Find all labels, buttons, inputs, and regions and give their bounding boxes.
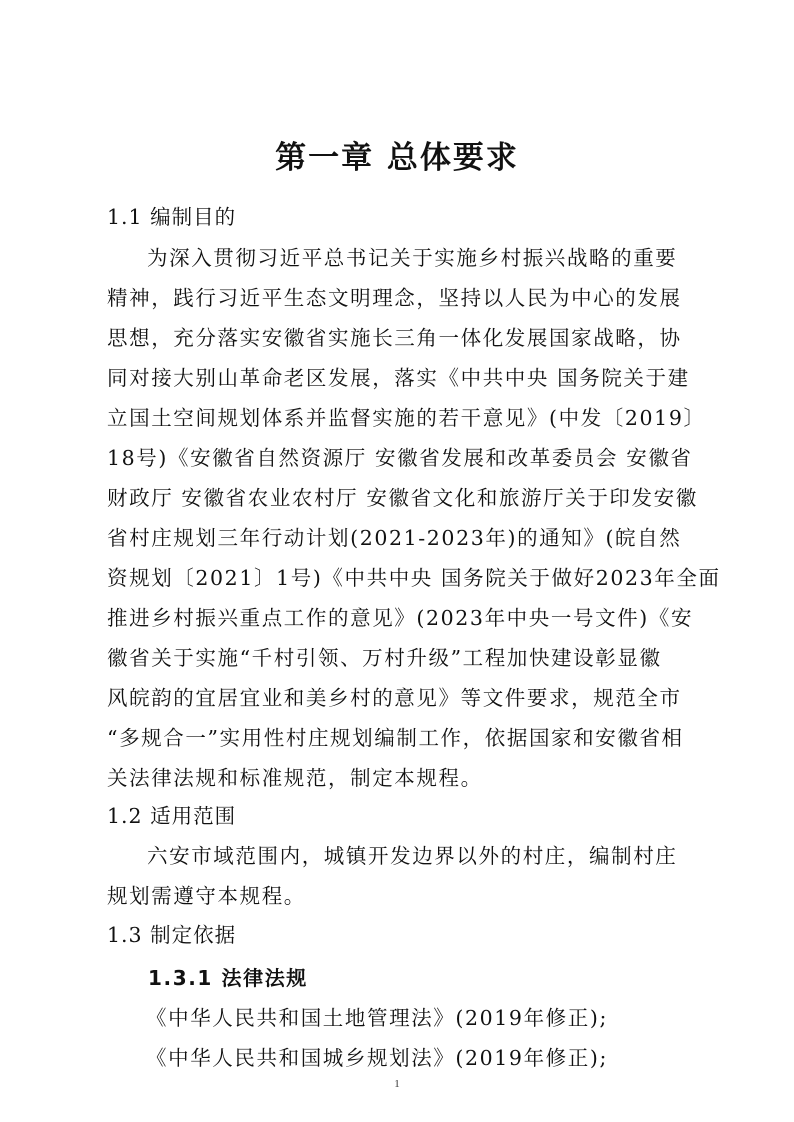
paragraph-line: 同对接大别山革命老区发展，落实《中共中央 国务院关于建 (107, 364, 690, 392)
section-heading-1-3: 1.3 制定依据 (107, 921, 236, 949)
law-item: 《中华人民共和国土地管理法》(2019年修正); (146, 1004, 608, 1032)
paragraph-line: 推进乡村振兴重点工作的意见》(2023年中央一号文件)《安 (107, 604, 693, 632)
paragraph-line: 六安市域范围内，城镇开发边界以外的村庄，编制村庄 (147, 842, 677, 870)
chapter-title: 第一章 总体要求 (0, 132, 794, 177)
paragraph-line: 省村庄规划三年行动计划(2021-2023年)的通知》(皖自然 (107, 524, 681, 552)
paragraph-line: 徽省关于实施“千村引领、万村升级”工程加快建设彰显徽 (107, 644, 662, 672)
paragraph-line: 资规划〔2021〕1号)《中共中央 国务院关于做好2023年全面 (107, 564, 721, 592)
section-heading-1-1: 1.1 编制目的 (107, 203, 236, 231)
paragraph-line: 立国土空间规划体系并监督实施的若干意见》(中发〔2019〕 (107, 404, 706, 432)
paragraph-line: 思想，充分落实安徽省实施长三角一体化发展国家战略，协 (107, 324, 682, 352)
paragraph-line: “多规合一”实用性村庄规划编制工作，依据国家和安徽省相 (107, 724, 684, 752)
page-number: 1 (0, 1078, 794, 1090)
paragraph-line: 为深入贯彻习近平总书记关于实施乡村振兴战略的重要 (147, 244, 677, 272)
section-heading-1-2: 1.2 适用范围 (107, 802, 236, 830)
paragraph-line: 关法律法规和标准规范，制定本规程。 (107, 764, 483, 792)
law-item: 《中华人民共和国城乡规划法》(2019年修正); (146, 1044, 608, 1072)
paragraph-line: 财政厅 安徽省农业农村厅 安徽省文化和旅游厅关于印发安徽 (107, 484, 698, 512)
paragraph-line: 风皖韵的宜居宜业和美乡村的意见》等文件要求，规范全市 (107, 684, 682, 712)
subsection-heading-1-3-1: 1.3.1 法律法规 (148, 964, 308, 992)
paragraph-line: 18号)《安徽省自然资源厅 安徽省发展和改革委员会 安徽省 (107, 444, 693, 472)
paragraph-line: 规划需遵守本规程。 (107, 882, 306, 910)
paragraph-line: 精神，践行习近平生态文明理念，坚持以人民为中心的发展 (107, 284, 682, 312)
